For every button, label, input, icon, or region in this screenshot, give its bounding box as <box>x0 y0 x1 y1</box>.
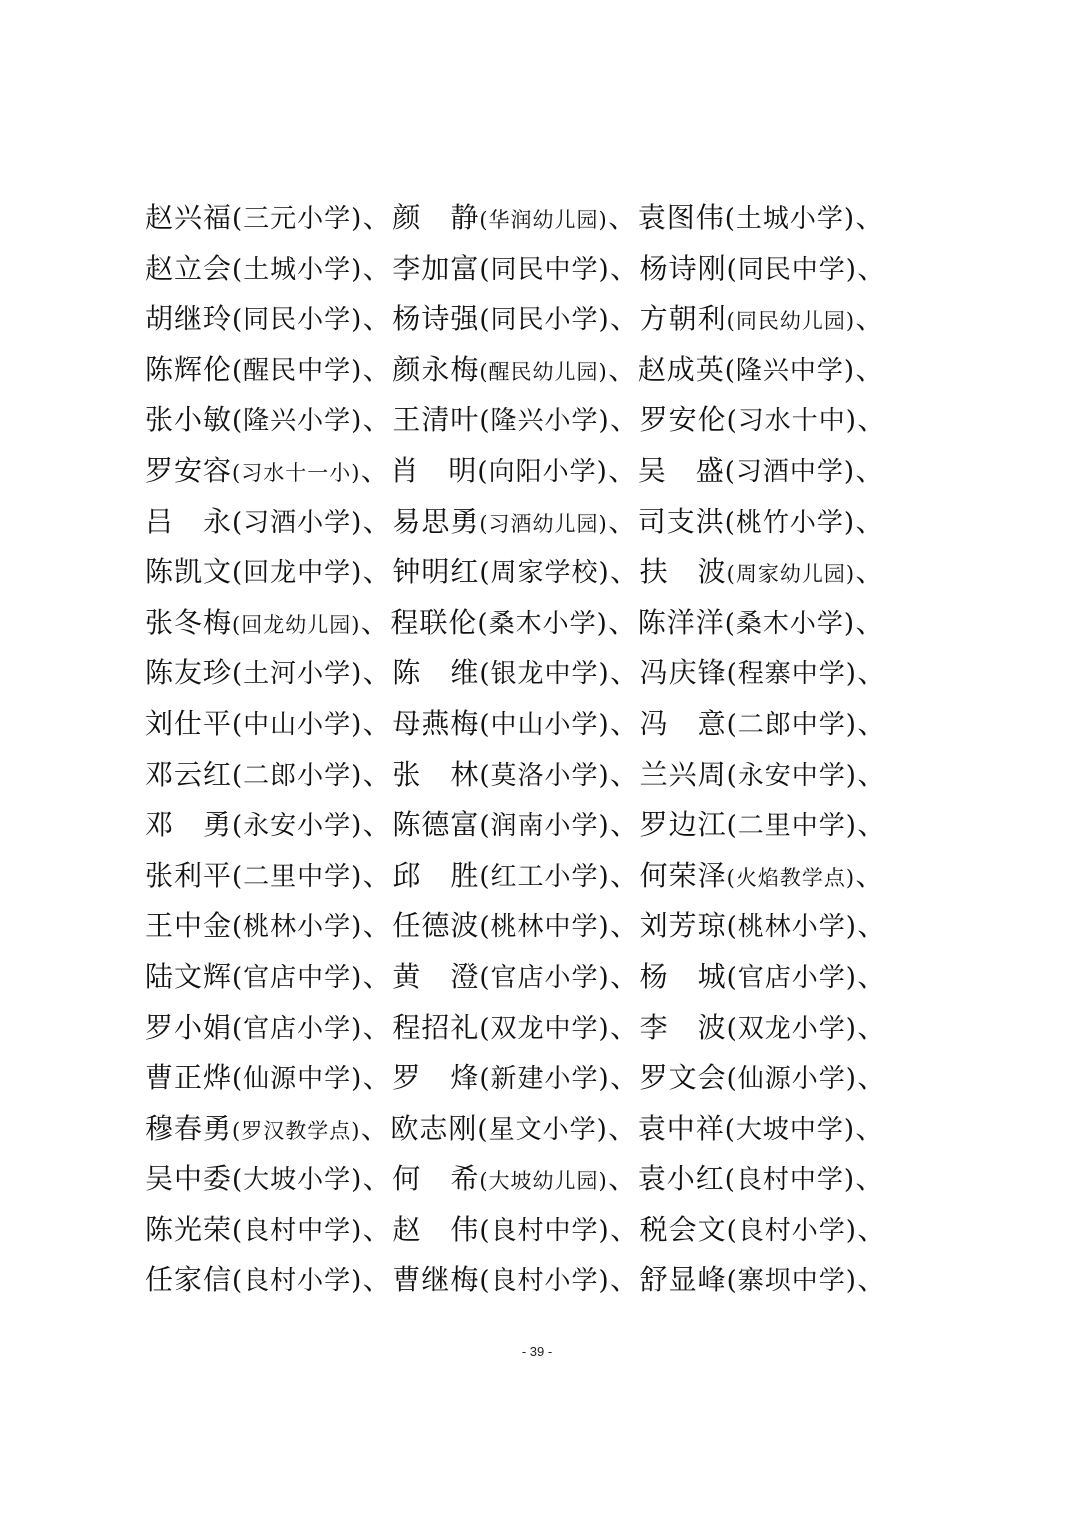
list-separator: 、 <box>362 1208 392 1252</box>
list-separator: 、 <box>610 1258 640 1302</box>
school-name: (隆兴中学) <box>725 356 855 386</box>
honoree-entry: 何荣泽(火焰教学点)、 <box>640 859 885 892</box>
honoree-entry: 何 希(大坡幼儿园)、 <box>392 1162 637 1195</box>
school-name: (隆兴小学) <box>232 406 362 436</box>
person-name: 颜永梅 <box>392 348 479 392</box>
school-name: (周家幼儿园) <box>727 562 855 586</box>
person-name: 邱 胜 <box>392 854 479 898</box>
school-name: (桑木小学) <box>725 609 855 639</box>
list-separator: 、 <box>857 955 887 999</box>
person-name: 税会文 <box>640 1208 727 1252</box>
list-separator: 、 <box>610 1006 640 1050</box>
school-name: (隆兴小学) <box>479 406 609 436</box>
list-separator: 、 <box>362 348 392 392</box>
school-name: (大坡幼儿园) <box>479 1169 607 1193</box>
person-name: 陈友珍 <box>145 651 232 695</box>
list-separator: 、 <box>855 500 885 544</box>
person-name: 李加富 <box>392 247 479 291</box>
person-name: 罗边江 <box>640 803 727 847</box>
text-line: 罗小娟(官店小学)、程招礼(双龙中学)、李 波(双龙小学)、 <box>145 1006 935 1057</box>
school-name: (土城小学) <box>725 204 855 234</box>
list-separator: 、 <box>608 1157 638 1201</box>
person-name: 陈凯文 <box>145 550 232 594</box>
list-separator: 、 <box>360 449 390 493</box>
school-name: (润南小学) <box>479 811 609 841</box>
person-name: 吴 盛 <box>638 449 725 493</box>
text-line: 吴中委(大坡小学)、何 希(大坡幼儿园)、袁小红(良村中学)、 <box>145 1157 935 1208</box>
person-name: 易思勇 <box>392 500 479 544</box>
school-name: (同民幼儿园) <box>727 309 855 333</box>
page-number: - 39 - <box>0 1344 1074 1359</box>
honoree-entry: 邱 胜(红工小学)、 <box>392 859 639 892</box>
person-name: 欧志刚 <box>390 1107 477 1151</box>
person-name: 张利平 <box>145 854 232 898</box>
honoree-entry: 税会文(良村小学)、 <box>640 1213 887 1246</box>
text-line: 曹正烨(仙源中学)、罗 烽(新建小学)、罗文会(仙源小学)、 <box>145 1056 935 1107</box>
list-separator: 、 <box>610 753 640 797</box>
honoree-entry: 赵 伟(良村中学)、 <box>392 1213 639 1246</box>
honoree-entry: 陈德富(润南小学)、 <box>392 808 639 841</box>
honoree-entry: 杨 城(官店小学)、 <box>640 960 887 993</box>
school-name: (永安小学) <box>232 811 362 841</box>
honoree-entry: 赵兴福(三元小学)、 <box>145 201 392 234</box>
honoree-entry: 张冬梅(回龙幼儿园)、 <box>145 606 390 639</box>
list-separator: 、 <box>855 196 885 240</box>
honoree-entry: 赵成英(隆兴中学)、 <box>638 353 885 386</box>
school-name: (红工小学) <box>479 862 609 892</box>
honoree-entry: 李 波(双龙小学)、 <box>640 1011 887 1044</box>
person-name: 张冬梅 <box>145 601 232 645</box>
honoree-entry: 冯 意(二郎中学)、 <box>640 707 887 740</box>
honoree-entry: 冯庆锋(程寨中学)、 <box>640 656 887 689</box>
text-line: 邓 勇(永安小学)、陈德富(润南小学)、罗边江(二里中学)、 <box>145 803 935 854</box>
honoree-entry: 吴 盛(习酒中学)、 <box>638 454 885 487</box>
person-name: 罗安容 <box>145 449 232 493</box>
text-line: 任家信(良村小学)、曹继梅(良村小学)、舒显峰(寨坝中学)、 <box>145 1258 935 1309</box>
list-separator: 、 <box>857 1208 887 1252</box>
person-name: 母燕梅 <box>392 702 479 746</box>
person-name: 赵兴福 <box>145 196 232 240</box>
person-name: 陆文辉 <box>145 955 232 999</box>
honoree-entry: 陈洋洋(桑木小学)、 <box>638 606 885 639</box>
list-separator: 、 <box>857 398 887 442</box>
school-name: (官店小学) <box>479 963 609 993</box>
honoree-entry: 罗安伦(习水十中)、 <box>640 403 887 436</box>
school-name: (同民小学) <box>479 305 609 335</box>
school-name: (桑木小学) <box>477 609 607 639</box>
list-separator: 、 <box>362 398 392 442</box>
honoree-entry: 兰兴周(永安中学)、 <box>640 758 887 791</box>
person-name: 罗文会 <box>640 1056 727 1100</box>
honoree-entry: 颜 静(华润幼儿园)、 <box>392 201 637 234</box>
school-name: (良村小学) <box>232 1266 362 1296</box>
text-line: 张冬梅(回龙幼儿园)、程联伦(桑木小学)、陈洋洋(桑木小学)、 <box>145 601 935 652</box>
list-separator: 、 <box>360 1107 390 1151</box>
list-separator: 、 <box>610 651 640 695</box>
list-separator: 、 <box>362 247 392 291</box>
list-separator: 、 <box>857 247 887 291</box>
list-separator: 、 <box>362 196 392 240</box>
honoree-entry: 程联伦(桑木小学)、 <box>390 606 637 639</box>
school-name: (习水十中) <box>727 406 857 436</box>
person-name: 罗安伦 <box>640 398 727 442</box>
person-name: 程联伦 <box>390 601 477 645</box>
person-name: 赵 伟 <box>392 1208 479 1252</box>
honoree-entry: 颜永梅(醒民幼儿园)、 <box>392 353 637 386</box>
list-separator: 、 <box>857 651 887 695</box>
person-name: 司支洪 <box>638 500 725 544</box>
honoree-entry: 钟明红(周家学校)、 <box>392 555 639 588</box>
list-separator: 、 <box>610 904 640 948</box>
list-separator: 、 <box>362 702 392 746</box>
list-separator: 、 <box>362 753 392 797</box>
school-name: (官店小学) <box>232 1014 362 1044</box>
list-separator: 、 <box>855 297 885 341</box>
person-name: 赵成英 <box>638 348 725 392</box>
list-separator: 、 <box>610 702 640 746</box>
school-name: (良村中学) <box>479 1216 609 1246</box>
person-name: 兰兴周 <box>640 753 727 797</box>
school-name: (火焰教学点) <box>727 866 855 890</box>
list-separator: 、 <box>857 753 887 797</box>
school-name: (永安中学) <box>727 761 857 791</box>
list-separator: 、 <box>362 1157 392 1201</box>
school-name: (习酒幼儿园) <box>479 512 607 536</box>
school-name: (习水十一小) <box>232 461 360 485</box>
text-line: 王中金(桃林小学)、任德波(桃林中学)、刘芳琼(桃林小学)、 <box>145 904 935 955</box>
honoree-entry: 陈 维(银龙中学)、 <box>392 656 639 689</box>
school-name: (桃林中学) <box>479 912 609 942</box>
school-name: (习酒中学) <box>725 457 855 487</box>
honoree-entry: 曹正烨(仙源中学)、 <box>145 1061 392 1094</box>
school-name: (程寨中学) <box>727 659 857 689</box>
school-name: (醒民中学) <box>232 356 362 386</box>
school-name: (同民中学) <box>479 255 609 285</box>
person-name: 袁中祥 <box>638 1107 725 1151</box>
honoree-entry: 刘芳琼(桃林小学)、 <box>640 909 887 942</box>
list-separator: 、 <box>362 1258 392 1302</box>
honoree-entry: 吴中委(大坡小学)、 <box>145 1162 392 1195</box>
honoree-entry: 王中金(桃林小学)、 <box>145 909 392 942</box>
person-name: 黄 澄 <box>392 955 479 999</box>
school-name: (华润幼儿园) <box>479 208 607 232</box>
list-separator: 、 <box>608 196 638 240</box>
list-separator: 、 <box>857 1258 887 1302</box>
person-name: 舒显峰 <box>640 1258 727 1302</box>
person-name: 曹继梅 <box>392 1258 479 1302</box>
school-name: (双龙中学) <box>479 1014 609 1044</box>
school-name: (大坡中学) <box>725 1115 855 1145</box>
school-name: (仙源小学) <box>727 1064 857 1094</box>
honoree-entry: 陈凯文(回龙中学)、 <box>145 555 392 588</box>
person-name: 陈光荣 <box>145 1208 232 1252</box>
school-name: (桃林小学) <box>727 912 857 942</box>
school-name: (仙源中学) <box>232 1064 362 1094</box>
text-line: 陈辉伦(醒民中学)、颜永梅(醒民幼儿园)、赵成英(隆兴中学)、 <box>145 348 935 399</box>
list-separator: 、 <box>610 247 640 291</box>
list-separator: 、 <box>362 955 392 999</box>
honoree-entry: 肖 明(向阳小学)、 <box>390 454 637 487</box>
school-name: (银龙中学) <box>479 659 609 689</box>
person-name: 任家信 <box>145 1258 232 1302</box>
school-name: (习酒小学) <box>232 508 362 538</box>
school-name: (二郎小学) <box>232 761 362 791</box>
person-name: 穆春勇 <box>145 1107 232 1151</box>
person-name: 扶 波 <box>640 550 727 594</box>
list-separator: 、 <box>610 550 640 594</box>
text-line: 罗安容(习水十一小)、肖 明(向阳小学)、吴 盛(习酒中学)、 <box>145 449 935 500</box>
honoree-entry: 陆文辉(官店中学)、 <box>145 960 392 993</box>
person-name: 杨 城 <box>640 955 727 999</box>
honoree-entry: 胡继玲(同民小学)、 <box>145 302 392 335</box>
honoree-entry: 罗边江(二里中学)、 <box>640 808 887 841</box>
text-line: 张利平(二里中学)、邱 胜(红工小学)、何荣泽(火焰教学点)、 <box>145 854 935 905</box>
school-name: (回龙中学) <box>232 558 362 588</box>
list-separator: 、 <box>855 1157 885 1201</box>
honoree-entry: 母燕梅(中山小学)、 <box>392 707 639 740</box>
person-name: 任德波 <box>392 904 479 948</box>
text-line: 陈凯文(回龙中学)、钟明红(周家学校)、扶 波(周家幼儿园)、 <box>145 550 935 601</box>
school-name: (中山小学) <box>479 710 609 740</box>
school-name: (新建小学) <box>479 1064 609 1094</box>
honoree-entry: 袁中祥(大坡中学)、 <box>638 1112 885 1145</box>
school-name: (罗汉教学点) <box>232 1119 360 1143</box>
list-separator: 、 <box>610 955 640 999</box>
school-name: (二里中学) <box>727 811 857 841</box>
honoree-entry: 李加富(同民中学)、 <box>392 252 639 285</box>
person-name: 刘芳琼 <box>640 904 727 948</box>
text-line: 陆文辉(官店中学)、黄 澄(官店小学)、杨 城(官店小学)、 <box>145 955 935 1006</box>
person-name: 陈 维 <box>392 651 479 695</box>
person-name: 罗小娟 <box>145 1006 232 1050</box>
school-name: (回龙幼儿园) <box>232 613 360 637</box>
list-separator: 、 <box>855 1107 885 1151</box>
school-name: (三元小学) <box>232 204 362 234</box>
honoree-entry: 程招礼(双龙中学)、 <box>392 1011 639 1044</box>
school-name: (官店中学) <box>232 963 362 993</box>
text-line: 赵兴福(三元小学)、颜 静(华润幼儿园)、袁图伟(土城小学)、 <box>145 196 935 247</box>
school-name: (同民中学) <box>727 255 857 285</box>
honoree-entry: 袁图伟(土城小学)、 <box>638 201 885 234</box>
honoree-entry: 司支洪(桃竹小学)、 <box>638 505 885 538</box>
text-line: 穆春勇(罗汉教学点)、欧志刚(星文小学)、袁中祥(大坡中学)、 <box>145 1107 935 1158</box>
list-separator: 、 <box>857 702 887 746</box>
list-separator: 、 <box>610 803 640 847</box>
honoree-entry: 方朝利(同民幼儿园)、 <box>640 302 885 335</box>
text-line: 邓云红(二郎小学)、张 林(莫洛小学)、兰兴周(永安中学)、 <box>145 753 935 804</box>
person-name: 曹正烨 <box>145 1056 232 1100</box>
honoree-entry: 欧志刚(星文小学)、 <box>390 1112 637 1145</box>
person-name: 肖 明 <box>390 449 477 493</box>
list-separator: 、 <box>362 1056 392 1100</box>
person-name: 刘仕平 <box>145 702 232 746</box>
person-name: 王中金 <box>145 904 232 948</box>
honoree-entry: 陈光荣(良村中学)、 <box>145 1213 392 1246</box>
honoree-entry: 黄 澄(官店小学)、 <box>392 960 639 993</box>
honoree-entry: 邓云红(二郎小学)、 <box>145 758 392 791</box>
person-name: 赵立会 <box>145 247 232 291</box>
list-separator: 、 <box>855 348 885 392</box>
list-separator: 、 <box>362 803 392 847</box>
list-separator: 、 <box>857 1056 887 1100</box>
person-name: 何 希 <box>392 1157 479 1201</box>
school-name: (官店小学) <box>727 963 857 993</box>
honoree-entry: 杨诗刚(同民中学)、 <box>640 252 887 285</box>
school-name: (寨坝中学) <box>727 1266 857 1296</box>
list-separator: 、 <box>610 1208 640 1252</box>
honoree-entry: 罗安容(习水十一小)、 <box>145 454 390 487</box>
list-separator: 、 <box>362 297 392 341</box>
text-line: 张小敏(隆兴小学)、王清叶(隆兴小学)、罗安伦(习水十中)、 <box>145 398 935 449</box>
person-name: 邓 勇 <box>145 803 232 847</box>
text-line: 陈友珍(土河小学)、陈 维(银龙中学)、冯庆锋(程寨中学)、 <box>145 651 935 702</box>
person-name: 袁图伟 <box>638 196 725 240</box>
person-name: 颜 静 <box>392 196 479 240</box>
honoree-entry: 张小敏(隆兴小学)、 <box>145 403 392 436</box>
list-separator: 、 <box>362 550 392 594</box>
name-list: 赵兴福(三元小学)、颜 静(华润幼儿园)、袁图伟(土城小学)、赵立会(土城小学)… <box>145 196 935 1309</box>
honoree-entry: 罗小娟(官店小学)、 <box>145 1011 392 1044</box>
honoree-entry: 陈辉伦(醒民中学)、 <box>145 353 392 386</box>
school-name: (星文小学) <box>477 1115 607 1145</box>
list-separator: 、 <box>360 601 390 645</box>
school-name: (中山小学) <box>232 710 362 740</box>
honoree-entry: 任家信(良村小学)、 <box>145 1263 392 1296</box>
list-separator: 、 <box>362 854 392 898</box>
person-name: 张小敏 <box>145 398 232 442</box>
person-name: 陈德富 <box>392 803 479 847</box>
list-separator: 、 <box>855 601 885 645</box>
text-line: 赵立会(土城小学)、李加富(同民中学)、杨诗刚(同民中学)、 <box>145 247 935 298</box>
honoree-entry: 袁小红(良村中学)、 <box>638 1162 885 1195</box>
text-line: 吕 永(习酒小学)、易思勇(习酒幼儿园)、司支洪(桃竹小学)、 <box>145 500 935 551</box>
person-name: 袁小红 <box>638 1157 725 1201</box>
school-name: (桃林小学) <box>232 912 362 942</box>
person-name: 吕 永 <box>145 500 232 544</box>
school-name: (双龙小学) <box>727 1014 857 1044</box>
person-name: 陈洋洋 <box>638 601 725 645</box>
honoree-entry: 张 林(莫洛小学)、 <box>392 758 639 791</box>
honoree-entry: 吕 永(习酒小学)、 <box>145 505 392 538</box>
list-separator: 、 <box>608 348 638 392</box>
school-name: (二郎中学) <box>727 710 857 740</box>
honoree-entry: 任德波(桃林中学)、 <box>392 909 639 942</box>
person-name: 李 波 <box>640 1006 727 1050</box>
list-separator: 、 <box>362 651 392 695</box>
list-separator: 、 <box>608 1107 638 1151</box>
school-name: (周家学校) <box>479 558 609 588</box>
list-separator: 、 <box>610 398 640 442</box>
person-name: 程招礼 <box>392 1006 479 1050</box>
honoree-entry: 扶 波(周家幼儿园)、 <box>640 555 885 588</box>
list-separator: 、 <box>608 500 638 544</box>
text-line: 陈光荣(良村中学)、赵 伟(良村中学)、税会文(良村小学)、 <box>145 1208 935 1259</box>
school-name: (同民小学) <box>232 305 362 335</box>
person-name: 杨诗强 <box>392 297 479 341</box>
list-separator: 、 <box>855 449 885 493</box>
school-name: (醒民幼儿园) <box>479 360 607 384</box>
list-separator: 、 <box>610 297 640 341</box>
list-separator: 、 <box>610 1056 640 1100</box>
person-name: 陈辉伦 <box>145 348 232 392</box>
honoree-entry: 邓 勇(永安小学)、 <box>145 808 392 841</box>
school-name: (莫洛小学) <box>479 761 609 791</box>
person-name: 何荣泽 <box>640 854 727 898</box>
person-name: 胡继玲 <box>145 297 232 341</box>
honoree-entry: 曹继梅(良村小学)、 <box>392 1263 639 1296</box>
school-name: (良村中学) <box>725 1165 855 1195</box>
school-name: (桃竹小学) <box>725 508 855 538</box>
person-name: 冯庆锋 <box>640 651 727 695</box>
school-name: (二里中学) <box>232 862 362 892</box>
honoree-entry: 杨诗强(同民小学)、 <box>392 302 639 335</box>
honoree-entry: 穆春勇(罗汉教学点)、 <box>145 1112 390 1145</box>
school-name: (良村小学) <box>479 1266 609 1296</box>
honoree-entry: 罗 烽(新建小学)、 <box>392 1061 639 1094</box>
school-name: (良村中学) <box>232 1216 362 1246</box>
school-name: (良村小学) <box>727 1216 857 1246</box>
person-name: 吴中委 <box>145 1157 232 1201</box>
honoree-entry: 舒显峰(寨坝中学)、 <box>640 1263 887 1296</box>
list-separator: 、 <box>362 1006 392 1050</box>
person-name: 张 林 <box>392 753 479 797</box>
school-name: (土河小学) <box>232 659 362 689</box>
school-name: (大坡小学) <box>232 1165 362 1195</box>
document-page: 赵兴福(三元小学)、颜 静(华润幼儿园)、袁图伟(土城小学)、赵立会(土城小学)… <box>0 0 1074 1520</box>
honoree-entry: 赵立会(土城小学)、 <box>145 252 392 285</box>
honoree-entry: 王清叶(隆兴小学)、 <box>392 403 639 436</box>
honoree-entry: 刘仕平(中山小学)、 <box>145 707 392 740</box>
person-name: 邓云红 <box>145 753 232 797</box>
list-separator: 、 <box>855 550 885 594</box>
text-line: 刘仕平(中山小学)、母燕梅(中山小学)、冯 意(二郎中学)、 <box>145 702 935 753</box>
person-name: 罗 烽 <box>392 1056 479 1100</box>
list-separator: 、 <box>362 904 392 948</box>
person-name: 钟明红 <box>392 550 479 594</box>
school-name: (向阳小学) <box>477 457 607 487</box>
list-separator: 、 <box>608 601 638 645</box>
list-separator: 、 <box>362 500 392 544</box>
person-name: 方朝利 <box>640 297 727 341</box>
school-name: (土城小学) <box>232 255 362 285</box>
person-name: 冯 意 <box>640 702 727 746</box>
honoree-entry: 陈友珍(土河小学)、 <box>145 656 392 689</box>
honoree-entry: 罗文会(仙源小学)、 <box>640 1061 887 1094</box>
list-separator: 、 <box>610 854 640 898</box>
person-name: 王清叶 <box>392 398 479 442</box>
honoree-entry: 易思勇(习酒幼儿园)、 <box>392 505 637 538</box>
list-separator: 、 <box>608 449 638 493</box>
honoree-entry: 张利平(二里中学)、 <box>145 859 392 892</box>
list-separator: 、 <box>857 904 887 948</box>
person-name: 杨诗刚 <box>640 247 727 291</box>
list-separator: 、 <box>857 1006 887 1050</box>
text-line: 胡继玲(同民小学)、杨诗强(同民小学)、方朝利(同民幼儿园)、 <box>145 297 935 348</box>
list-separator: 、 <box>855 854 885 898</box>
list-separator: 、 <box>857 803 887 847</box>
